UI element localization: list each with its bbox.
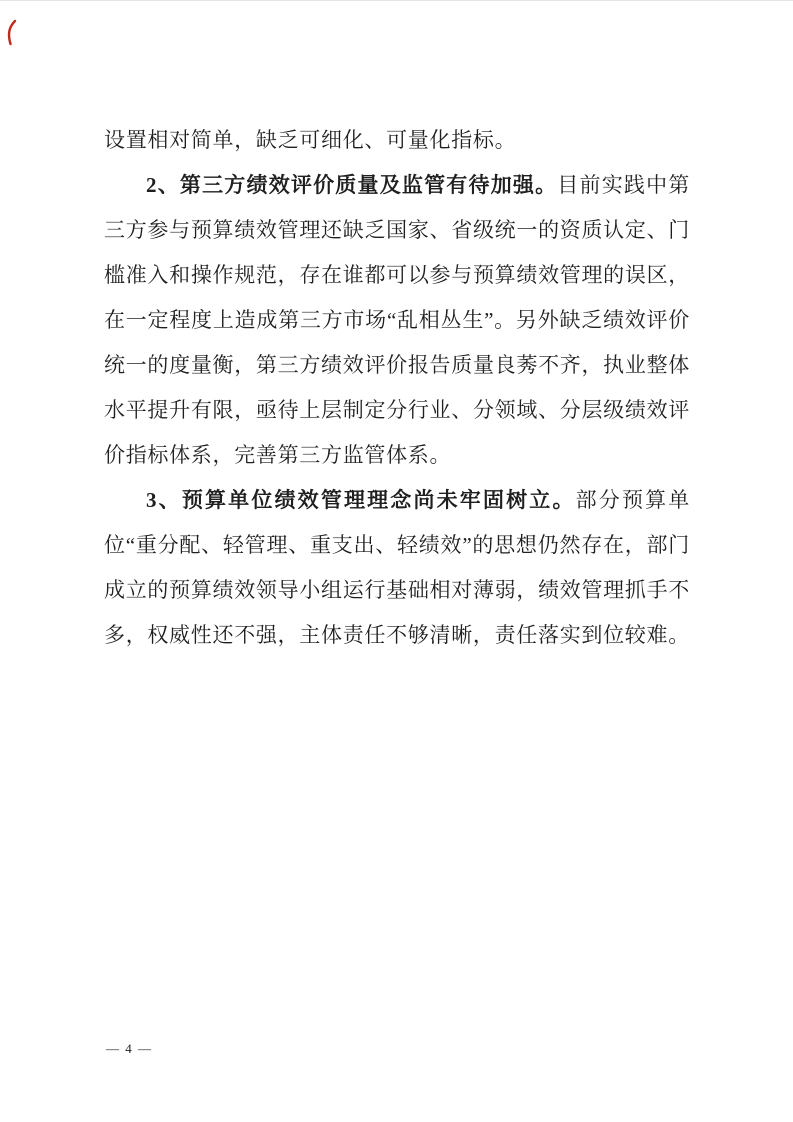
- paragraph-text: 目前实践中第三方参与预算绩效管理还缺乏国家、省级统一的资质认定、门槛准入和操作规…: [104, 173, 690, 467]
- document-body: 设置相对简单，缺乏可细化、可量化指标。 2、第三方绩效评价质量及监管有待加强。目…: [104, 118, 690, 658]
- red-pen-mark: [4, 19, 20, 47]
- page-number: — 4 —: [106, 1041, 153, 1056]
- paragraph-text: 设置相对简单，缺乏可细化、可量化指标。: [104, 128, 516, 152]
- paragraph-heading: 3、预算单位绩效管理理念尚未牢固树立。: [146, 488, 576, 512]
- paragraph-heading: 2、第三方绩效评价质量及监管有待加强。: [146, 173, 557, 197]
- document-page: 设置相对简单，缺乏可细化、可量化指标。 2、第三方绩效评价质量及监管有待加强。目…: [0, 0, 793, 1122]
- scan-edge-line: [0, 0, 793, 1]
- page-footer: — 4 —: [106, 1040, 153, 1058]
- paragraph-3: 3、预算单位绩效管理理念尚未牢固树立。部分预算单位“重分配、轻管理、重支出、轻绩…: [104, 478, 690, 658]
- paragraph-continuation: 设置相对简单，缺乏可细化、可量化指标。: [104, 118, 690, 163]
- paragraph-2: 2、第三方绩效评价质量及监管有待加强。目前实践中第三方参与预算绩效管理还缺乏国家…: [104, 163, 690, 478]
